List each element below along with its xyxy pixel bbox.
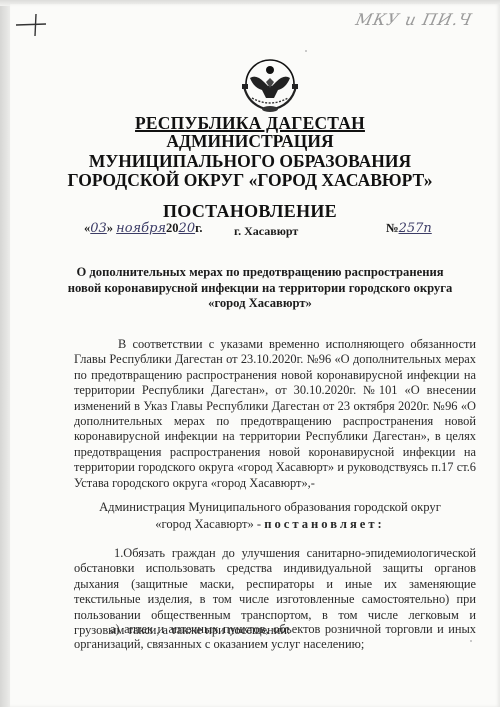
coat-of-arms-icon [238, 52, 302, 114]
document-date: «03» ноября2020г. [84, 221, 203, 236]
administration-decree-line: Администрация Муниципального образования… [60, 499, 480, 533]
date-line: «03» ноября2020г. г. Хасавюрт №257п [0, 221, 500, 245]
document-city: г. Хасавюрт [234, 224, 298, 239]
header-city-district: ГОРОДСКОЙ ОКРУГ «ГОРОД ХАСАВЮРТ» [0, 170, 500, 191]
handwritten-note: МКУ и ПИ.Ч [354, 10, 474, 29]
year-prefix: 20 [166, 221, 179, 235]
decree-title-line: новой коронавирусной инфекции на террито… [40, 281, 480, 297]
header-municipal: МУНИЦИПАЛЬНОГО ОБРАЗОВАНИЯ [0, 151, 500, 172]
scan-edge-shadow [0, 0, 10, 707]
scan-speck [155, 645, 157, 647]
administration-line: Администрация Муниципального образования… [60, 499, 480, 516]
administration-city: «город Хасавюрт» - [155, 517, 264, 531]
document-type-title: ПОСТАНОВЛЕНИЕ [0, 201, 500, 222]
year-suffix-handwritten: 20 [179, 221, 196, 236]
number-label: № [386, 221, 399, 235]
date-day-handwritten: 03 [90, 221, 107, 236]
header-administration: АДМИНИСТРАЦИЯ [0, 131, 500, 152]
quote-close: » [107, 221, 113, 235]
scan-speck [305, 50, 307, 52]
administration-line: «город Хасавюрт» - постановляет: [60, 516, 480, 533]
scan-speck [470, 640, 472, 642]
clause-1a: а) аптек и аптечных пунктов, объектов ро… [74, 622, 476, 653]
preamble-paragraph: В соответствии с указами временно исполн… [74, 337, 476, 491]
decree-title-line: О дополнительных мерах по предотвращению… [40, 265, 480, 281]
date-month-handwritten: ноября [116, 221, 166, 236]
document-number: №257п [386, 221, 432, 236]
decree-title-line: «город Хасавюрт» [40, 296, 480, 312]
number-handwritten: 257п [399, 221, 432, 236]
decree-verb: постановляет: [264, 517, 385, 531]
year-g: г. [195, 221, 202, 235]
decree-title: О дополнительных мерах по предотвращению… [40, 265, 480, 312]
plus-mark-icon [14, 12, 48, 38]
